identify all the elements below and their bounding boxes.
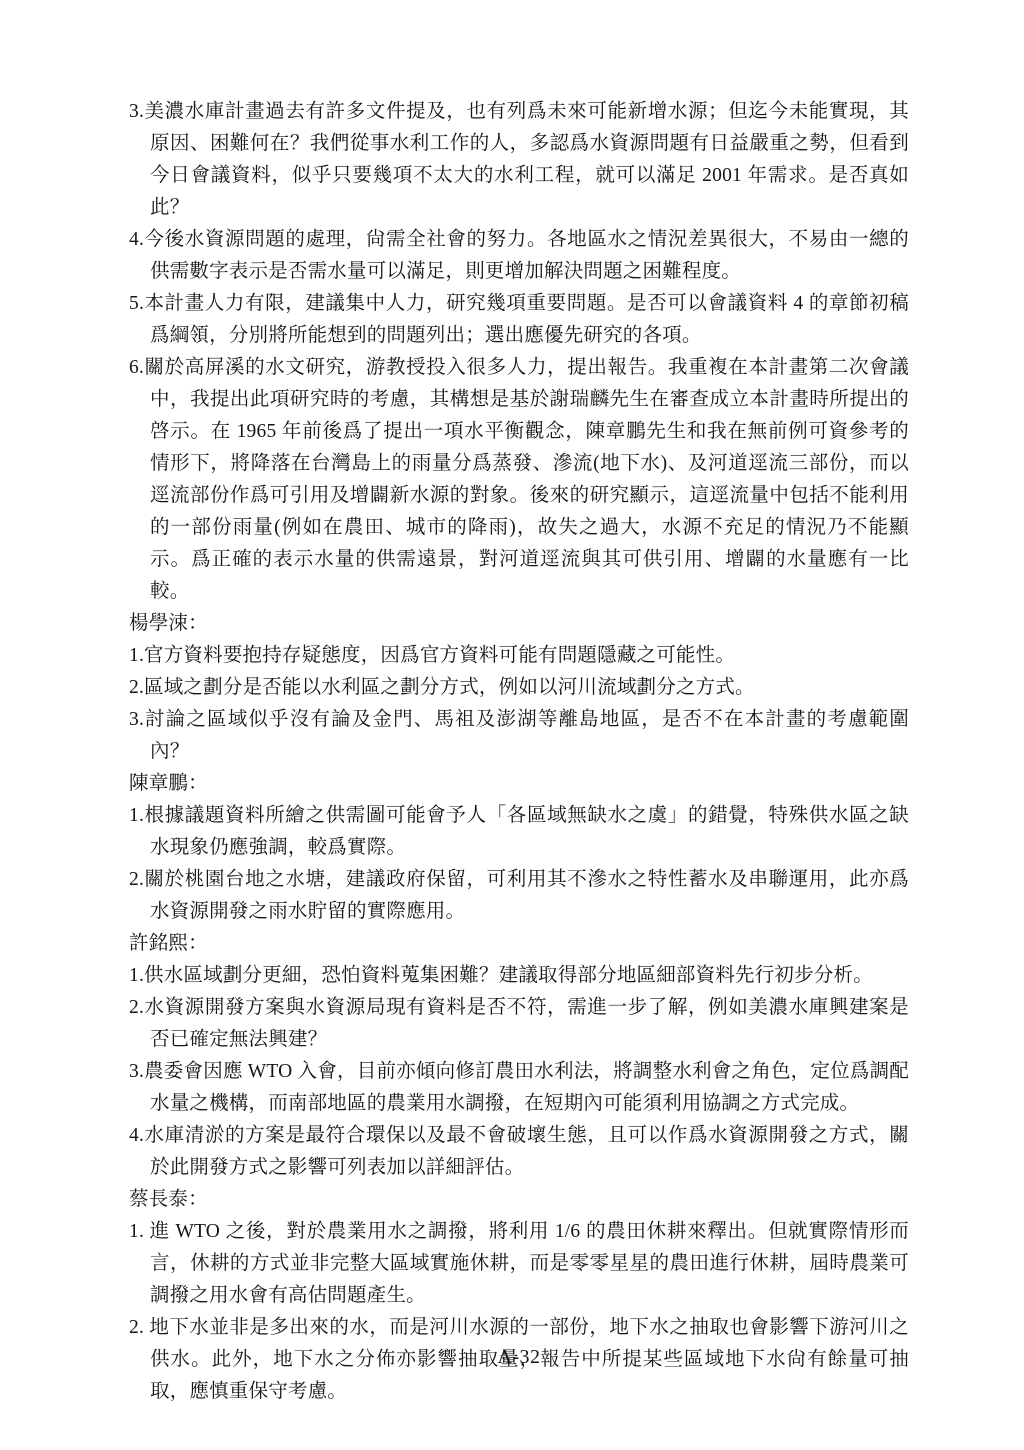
numbered-item: 1.根據議題資料所繪之供需圖可能會予人「各區域無缺水之虞」的錯覺，特殊供水區之缺… [129,800,909,864]
item-number: 1. [129,645,144,666]
numbered-item: 3.農委會因應 WTO 入會，目前亦傾向修訂農田水利法，將調整水利會之角色，定位… [129,1056,909,1120]
item-number: 5. [129,293,144,314]
speaker-heading: 陳章鵬： [129,768,909,800]
numbered-item: 3.美濃水庫計畫過去有許多文件提及，也有列爲未來可能新增水源；但迄今未能實現，其… [129,96,909,224]
item-number: 2. [129,677,144,698]
item-text: 區域之劃分是否能以水利區之劃分方式，例如以河川流域劃分之方式。 [144,677,755,698]
numbered-item: 5.本計畫人力有限，建議集中人力，研究幾項重要問題。是否可以會議資料 4 的章節… [129,288,909,352]
item-number: 4. [129,229,144,250]
item-text: 官方資料要抱持存疑態度，因爲官方資料可能有問題隱藏之可能性。 [144,645,735,666]
item-text: 農委會因應 WTO 入會，目前亦傾向修訂農田水利法，將調整水利會之角色，定位爲調… [144,1061,909,1114]
page-number: A-32 [129,1346,909,1369]
numbered-item: 1.官方資料要抱持存疑態度，因爲官方資料可能有問題隱藏之可能性。 [129,640,909,672]
item-number: 2. [129,997,144,1018]
item-number: 3. [129,101,144,122]
item-text: 關於桃園台地之水塘，建議政府保留，可利用其不滲水之特性蓄水及串聯運用，此亦爲水資… [144,869,909,922]
numbered-item: 6.關於高屏溪的水文研究，游教授投入很多人力，提出報告。我重複在本計畫第二次會議… [129,352,909,608]
item-text: 水資源開發方案與水資源局現有資料是否不符，需進一步了解，例如美濃水庫興建案是否已… [144,997,909,1050]
item-number: 2. [129,869,144,890]
numbered-item: 4.水庫清淤的方案是最符合環保以及最不會破壞生態，且可以作爲水資源開發之方式，關… [129,1120,909,1184]
speaker-heading: 許銘熙： [129,928,909,960]
scanned-document-page: 3.美濃水庫計畫過去有許多文件提及，也有列爲未來可能新增水源；但迄今未能實現，其… [0,0,1024,1450]
numbered-item: 1.供水區域劃分更細，恐怕資料蒐集困難？建議取得部分地區細部資料先行初步分析。 [129,960,909,992]
numbered-item: 1. 進 WTO 之後，對於農業用水之調撥，將利用 1/6 的農田休耕來釋出。但… [129,1216,909,1312]
numbered-item: 2.水資源開發方案與水資源局現有資料是否不符，需進一步了解，例如美濃水庫興建案是… [129,992,909,1056]
item-number: 3. [129,1061,144,1082]
item-number: 6. [129,357,144,378]
item-text: 供水區域劃分更細，恐怕資料蒐集困難？建議取得部分地區細部資料先行初步分析。 [144,965,873,986]
item-number: 2. [129,1317,144,1338]
numbered-item: 2.區域之劃分是否能以水利區之劃分方式，例如以河川流域劃分之方式。 [129,672,909,704]
numbered-item: 4.今後水資源問題的處理，尙需全社會的努力。各地區水之情況差異很大，不易由一總的… [129,224,909,288]
item-number: 1. [129,965,144,986]
item-text: 進 WTO 之後，對於農業用水之調撥，將利用 1/6 的農田休耕來釋出。但就實際… [144,1221,909,1306]
item-text: 關於高屏溪的水文研究，游教授投入很多人力，提出報告。我重複在本計畫第二次會議中，… [144,357,909,602]
item-text: 今後水資源問題的處理，尙需全社會的努力。各地區水之情況差異很大，不易由一總的供需… [144,229,909,282]
item-number: 1. [129,805,144,826]
item-text: 討論之區域似乎沒有論及金門、馬祖及澎湖等離島地區，是否不在本計畫的考慮範圍內？ [144,709,909,762]
speaker-heading: 蔡長泰： [129,1184,909,1216]
numbered-item: 3.討論之區域似乎沒有論及金門、馬祖及澎湖等離島地區，是否不在本計畫的考慮範圍內… [129,704,909,768]
numbered-item: 2.關於桃園台地之水塘，建議政府保留，可利用其不滲水之特性蓄水及串聯運用，此亦爲… [129,864,909,928]
speaker-heading: 楊學涑： [129,608,909,640]
item-text: 根據議題資料所繪之供需圖可能會予人「各區域無缺水之虞」的錯覺，特殊供水區之缺水現… [144,805,909,858]
item-text: 水庫清淤的方案是最符合環保以及最不會破壞生態，且可以作爲水資源開發之方式，關於此… [144,1125,909,1178]
item-text: 本計畫人力有限，建議集中人力，研究幾項重要問題。是否可以會議資料 4 的章節初稿… [144,293,909,346]
document-body: 3.美濃水庫計畫過去有許多文件提及，也有列爲未來可能新增水源；但迄今未能實現，其… [129,96,909,1408]
item-number: 3. [129,709,144,730]
item-number: 1. [129,1221,144,1242]
item-number: 4. [129,1125,144,1146]
item-text: 美濃水庫計畫過去有許多文件提及，也有列爲未來可能新增水源；但迄今未能實現，其原因… [144,101,909,218]
